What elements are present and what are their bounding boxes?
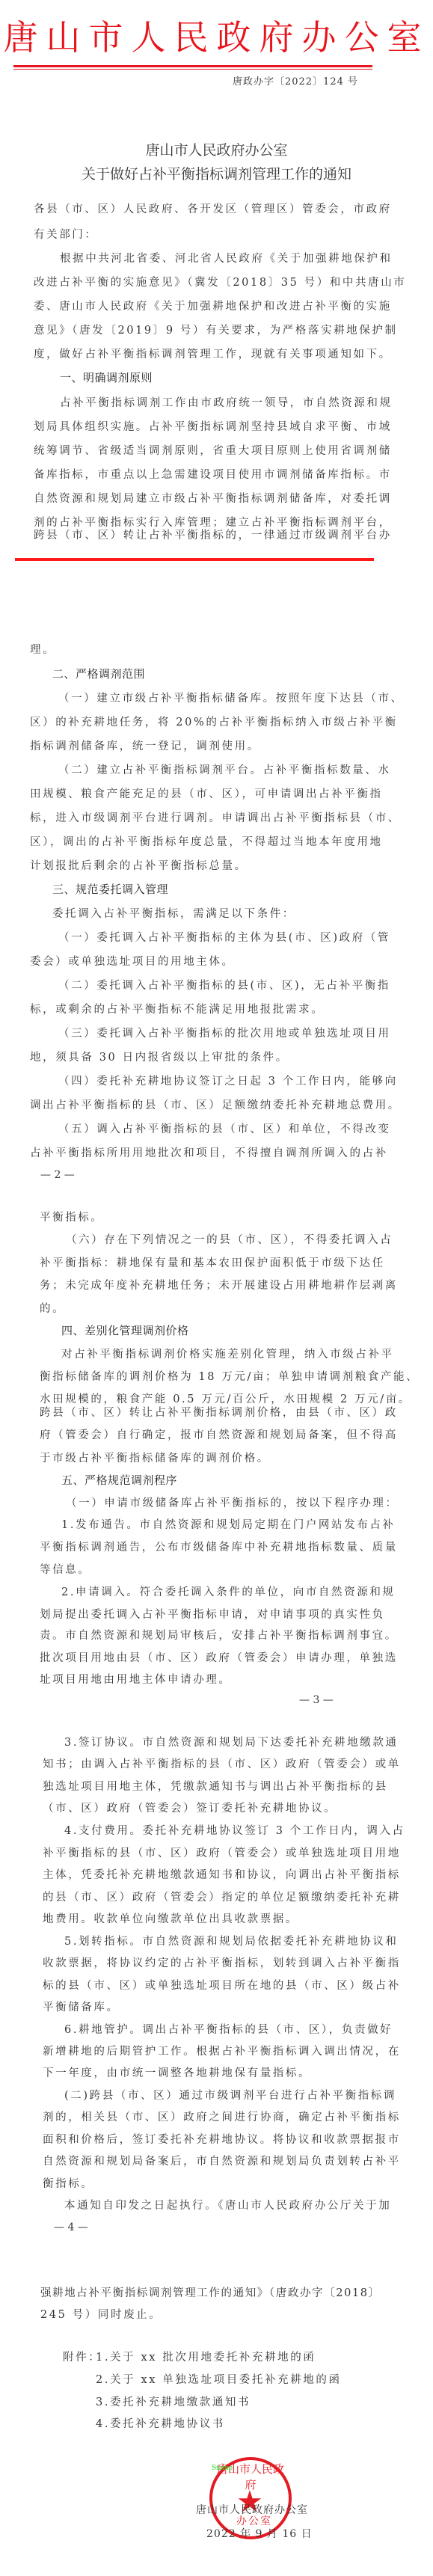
paragraph-line: 3.签订协议。市自然资源和规划局下达委托补充耕地缴款通 <box>64 1734 399 1749</box>
paragraph-line: （五）调入占补平衡指标的县（市、区）和单位，不得改变 <box>58 1120 391 1136</box>
signature-org: 唐山市人民政府办公室 <box>196 2502 308 2517</box>
paragraph-line: （市、区）政府（管委会）签订委托补充耕地协议。 <box>43 1800 337 1815</box>
paragraph-line: 衡指标储备库的调剂价格为 18 万元/亩；单独申请调剂粮食产能、 <box>40 1368 419 1384</box>
addressee: 有关部门： <box>34 226 98 242</box>
paragraph-line: 新增耕地的后期管护工作。根据占补平衡指标调入调出情况，在 <box>43 2043 401 2058</box>
paragraph-line: 计划报批后剩余的占补平衡指标总量。 <box>30 857 248 873</box>
paragraph-line: 于市级占补平衡指标储备库的调剂价格。 <box>40 1450 270 1465</box>
paragraph-line: 指标调剂储备库，统一登记，调剂使用。 <box>30 737 260 753</box>
signature-date: 2022 年 9 月 16 日 <box>206 2526 313 2541</box>
masthead-title: 唐山市人民政府办公室 <box>0 15 433 60</box>
paragraph-line: 的县（市、区）政府（管委会）指定的单位足额缴纳委托补充耕 <box>43 1889 401 1904</box>
paragraph-line: 占补平衡指标所用用地批次和项目，不得擅自调剂所调入的占补 <box>30 1144 388 1160</box>
paragraph-line: 划局具体组织实施。占补平衡指标调剂坚持县域自求平衡、市域 <box>34 418 392 434</box>
document-number: 唐政办字〔2022〕124 号 <box>233 73 358 88</box>
addressee: 各县（市、区）人民政府、各开发区（管理区）管委会，市政府 <box>34 200 392 216</box>
paragraph-line: 区）的补充耕地任务，将 20%的占补平衡指标纳入市级占补平衡 <box>30 714 398 729</box>
paragraph-line: （一）建立市级占补平衡指标储备库。按照年度下达县（市、 <box>58 690 404 705</box>
paragraph-line: 5.划转指标。市自然资源和规划局依据委托补充耕地协议和 <box>64 1933 399 1948</box>
paragraph-line: 区），调出的占补平衡指标年度总量，不得超过当地本年度用地 <box>30 833 383 849</box>
paragraph-line: 调出占补平衡指标的县（市、区）足额缴纳委托补充耕地总费用。 <box>30 1097 401 1112</box>
paragraph-line: 标的县（市、区）或单独选址项目所在地的县（市、区）级占补 <box>43 1977 401 1993</box>
paragraph-line: 委、唐山市人民政府《关于加强耕地保护和改进占补平衡的实施 <box>34 298 392 313</box>
page-number: — 3 — <box>299 1694 334 1706</box>
paragraph-line: 自然资源和规划局建立市级占补平衡指标调剂储备库，对委托调 <box>34 490 392 506</box>
paragraph-line: 委托调入占补平衡指标，需满足以下条件： <box>52 905 295 921</box>
paragraph-line: （六）存在下列情况之一的县（市、区），不得委托调入占 <box>66 1231 393 1247</box>
paragraph-line: 平衡指标调剂通告，公布市级储备库中补充耕地指标数量、质量 <box>40 1539 398 1554</box>
paragraph-line: 标，进入市级调剂平台进行调剂。申请调出占补平衡指标县（市、 <box>30 809 401 825</box>
paragraph-line: 强耕地占补平衡指标调剂管理工作的通知》（唐政办字〔2018〕 <box>40 2284 381 2300</box>
paragraph-line: 下一年度，由市统一调整各地耕地保有量指标。 <box>43 2064 311 2080</box>
red-rule <box>13 65 372 67</box>
paragraph-line: 的。 <box>40 1300 65 1316</box>
attachment-item[interactable]: 2.关于 xx 单独选址项目委托补充耕地的函 <box>96 2371 342 2387</box>
doc-title-line2: 关于做好占补平衡指标调剂管理工作的通知 <box>0 163 433 185</box>
paragraph-line: 改进占补平衡的实施意见》（冀发〔2018〕35 号）和中共唐山市 <box>34 274 406 289</box>
paragraph-line: 剂的，相关县（市、区）政府之间进行协商，确定占补平衡指标 <box>43 2109 401 2124</box>
paragraph-line: 址项目用地由用地主体申请办理。 <box>40 1671 232 1687</box>
paragraph-line: 等信息。 <box>40 1561 90 1577</box>
page-number: — 4 — <box>54 2221 88 2233</box>
paragraph-line: 备库指标，市重点以上急需建设项目使用市调剂储备库指标。市 <box>34 466 392 482</box>
paragraph-line: 标，或剩余的占补平衡指标不能满足用地报批需求。 <box>30 1001 324 1016</box>
paragraph-line: 地费用。收款单位向缴款单位出具收款票据。 <box>43 1910 298 1926</box>
red-rule-thin <box>13 69 372 70</box>
paragraph-line: 责。市自然资源和规划局审核后，安排占补平衡指标调剂事宜。 <box>40 1627 398 1643</box>
paragraph-line: （四）委托补充耕地协议签订之日起 3 个工作日内，能够向 <box>58 1073 398 1088</box>
paragraph-line: 1.发布通告。市自然资源和规划局定期在门户网站发布占补 <box>61 1516 396 1532</box>
section-heading: 三、规范委托调入管理 <box>52 881 168 897</box>
paragraph-line: 补平衡指标：耕地保有量和基本农田保护面积低于市级下达任 <box>40 1254 385 1270</box>
paragraph-line: 地，须具备 30 日内报省级以上审批的条件。 <box>30 1049 289 1064</box>
paragraph-line: 跨县（市、区）转让占补平衡指标调剂价格，由县（市、区）政 <box>40 1404 398 1420</box>
paragraph-line: 本通知自印发之日起执行。《唐山市人民政府办公厅关于加 <box>64 2197 391 2212</box>
paragraph-line: 主体，凭委托补充耕地缴款通知书和协议，向调出占补平衡指标 <box>43 1866 401 1882</box>
paragraph-line: 务；未完成年度补充耕地任务；未开展建设占用耕地耕作层剥离 <box>40 1277 398 1292</box>
paragraph-line: 田规模、粮食产能充足的县（市、区），可申请调出占补平衡指 <box>30 785 383 801</box>
stamp-label: Stamp <box>212 2463 233 2472</box>
section-heading: 五、严格规范调剂程序 <box>61 1472 177 1488</box>
paragraph-line: （一）委托调入占补平衡指标的主体为县(市、区)政府（管 <box>58 929 390 945</box>
paragraph-line: 4.支付费用。委托补充耕地协议签订 3 个工作日内，调入占 <box>64 1822 405 1838</box>
doc-title-line1: 唐山市人民政府办公室 <box>0 139 433 162</box>
paragraph-line: （三）委托调入占补平衡指标的批次用地或单独选址项目用 <box>58 1025 391 1040</box>
paragraph-line: 占补平衡指标调剂工作由市政府统一领导，市自然资源和规 <box>60 394 393 410</box>
paragraph-line: 自然资源和规划局备案后，市自然资源和规划局负责划转占补平 <box>43 2153 401 2168</box>
paragraph-line: 6.耕地管护。调出占补平衡指标的县（市、区），负责做好 <box>64 2021 393 2037</box>
paragraph-line: 根据中共河北省委、河北省人民政府《关于加强耕地保护和 <box>60 250 393 266</box>
paragraph-line: 平衡指标。 <box>40 1209 104 1224</box>
paragraph-line: 245 号）同时废止。 <box>40 2306 162 2322</box>
page-separator <box>15 558 374 561</box>
attachment-item[interactable]: 3.委托补充耕地缴款通知书 <box>96 2393 251 2409</box>
attachment-item[interactable]: 4.委托补充耕地协议书 <box>96 2415 225 2431</box>
paragraph-line: 对占补平衡指标调剂价格实施差别化管理，纳入市级占补平 <box>61 1346 394 1361</box>
paragraph-line: 意见》（唐发〔2019〕9 号）有关要求，为严格落实耕地保护制 <box>34 322 398 337</box>
paragraph-line: 收款票据，将协议约定的占补平衡指标，划转到调入占补平衡指 <box>43 1954 401 1970</box>
paragraph-line: （一）申请市级储备库占补平衡指标的，按以下程序办理： <box>66 1494 399 1510</box>
paragraph-line: 知书；由调入占补平衡指标的县（市、区）政府（管委会）或单 <box>43 1755 401 1771</box>
paragraph-line: 度，做好占补平衡指标调剂管理工作，现就有关事项通知如下。 <box>34 346 392 361</box>
section-heading: 一、明确调剂原则 <box>60 369 153 385</box>
paragraph-line: 批次项目用地由县（市、区）政府（管委会）申请办理，单独选 <box>40 1649 398 1665</box>
paragraph-line: 委会）或单独选址项目的用地主体。 <box>30 953 235 969</box>
paragraph-line: （二）委托调入占补平衡指标的县(市、区)，无占补平衡指 <box>58 977 390 993</box>
paragraph-line: 平衡储备库。 <box>43 1999 120 2014</box>
paragraph-line: 跨县（市、区）转让占补平衡指标的，一律通过市级调剂平台办 <box>34 527 392 542</box>
paragraph-line: 划局提出委托调入占补平衡指标申请，对申请事项的真实性负 <box>40 1606 385 1622</box>
section-heading: 二、严格调剂范围 <box>52 666 145 681</box>
paragraph-line: 补平衡指标的县（市、区）政府（管委会）或单独选址项目用地 <box>43 1844 401 1860</box>
paragraph-line: （二）建立占补平衡指标调剂平台。占补平衡指标数量、水 <box>58 761 391 777</box>
section-heading: 四、差别化管理调剂价格 <box>61 1322 189 1338</box>
paragraph-line: (二)跨县（市、区）通过市级调剂平台进行占补平衡指标调 <box>64 2087 396 2103</box>
paragraph-line: 统筹调节、省级适当调剂原则，省重大项目原则上使用省调剂储 <box>34 442 392 458</box>
paragraph-line: 衡指标。 <box>43 2175 93 2191</box>
page-number: — 2 — <box>40 1169 75 1181</box>
attachment-item[interactable]: 1.关于 xx 批次用地委托补充耕地的函 <box>96 2349 316 2364</box>
paragraph-line: 府（管委会）自行确定，报市自然资源和规划局备案，但不得高 <box>40 1426 398 1442</box>
paragraph-line: 2.申请调入。符合委托调入条件的单位，向市自然资源和规 <box>61 1583 396 1599</box>
paragraph-line: 独选址项目用地主体，凭缴款通知书与调出占补平衡指标的县 <box>43 1778 388 1794</box>
paragraph-line: 面积和价格后，签订委托补充耕地协议。将协议和收款票据报市 <box>43 2131 401 2147</box>
paragraph-line: 理。 <box>30 641 55 657</box>
